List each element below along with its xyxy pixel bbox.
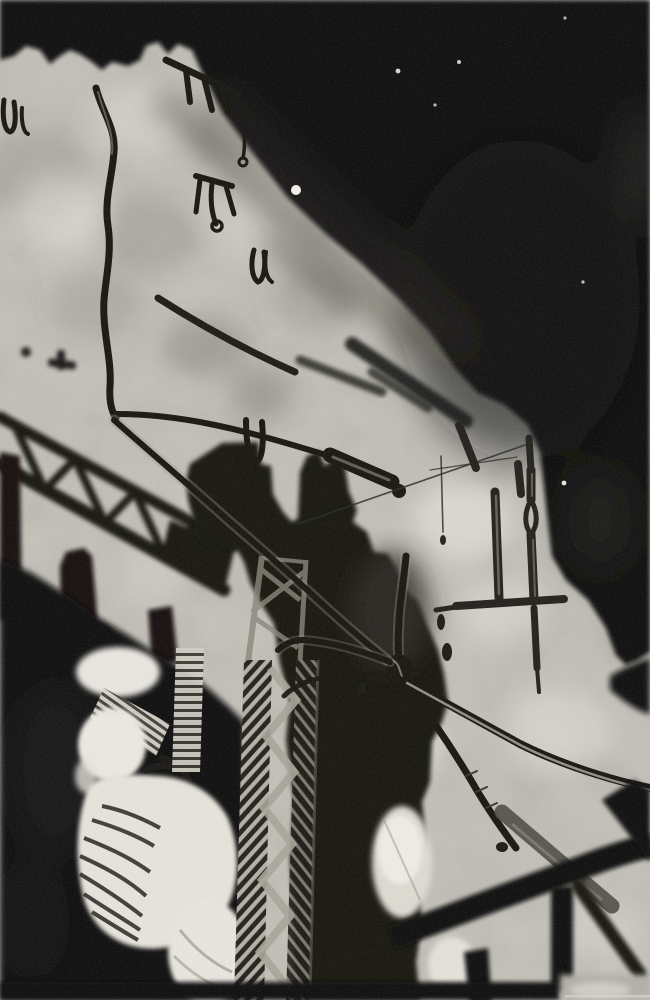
grain-overlay <box>0 0 650 1000</box>
etching-canvas <box>0 0 650 1000</box>
etching-print <box>0 0 650 1000</box>
